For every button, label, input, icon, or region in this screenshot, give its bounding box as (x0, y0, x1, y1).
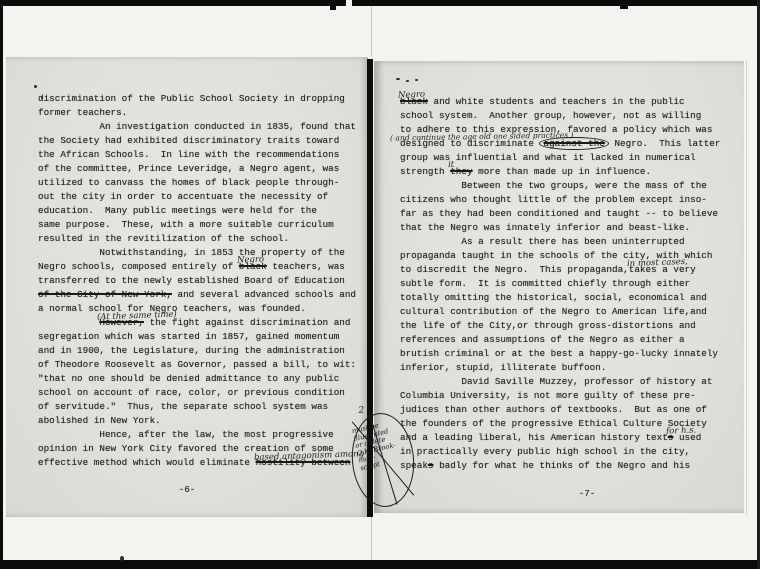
handwritten-correction: based antagonism among (253, 450, 363, 462)
border-ink-mark (620, 6, 628, 9)
typed-text: cultural contribution of the Negro to Am… (400, 306, 707, 317)
typed-line: former teachers. (38, 106, 362, 120)
handwritten-correction: Negro (398, 91, 425, 100)
typed-line: Hence, after the law, the most progressi… (38, 428, 362, 442)
typed-text: references and assumptions of the Negro … (400, 334, 685, 345)
ink-speck (120, 556, 124, 561)
marginal-note-text: must beillustratedor deleteO.K. Brook-ma… (351, 417, 412, 473)
ink-speck (34, 85, 37, 88)
typed-text: of Theodore Roosevelt as Governor, passe… (38, 359, 356, 370)
typed-line: judices than other authors of textbooks.… (400, 403, 738, 417)
struck-text: hostility betweenbased antagonism among (256, 457, 351, 468)
typed-text: brutish criminal or at the best a happy-… (400, 348, 718, 359)
page-number-7: -7- (402, 488, 760, 499)
typed-line: speaks badly for what he thinks of the N… (400, 459, 738, 473)
struck-text: of the City of New York, (38, 289, 172, 300)
typed-text: Columbia University, is not more guilty … (400, 390, 696, 401)
typed-line: totally omitting the historical, social,… (400, 291, 738, 305)
typed-text: totally omitting the historical, social,… (400, 292, 707, 303)
typed-text: Negro schools, composed entirely of (38, 261, 239, 272)
typed-text: and a leading liberal, his American hist… (400, 432, 668, 443)
typed-line: discrimination of the Public School Soci… (38, 92, 362, 106)
typed-line: and in 1900, the Legislature, during the… (38, 344, 362, 358)
typed-text (38, 317, 99, 328)
typed-line: citizens who thought little of the probl… (400, 193, 738, 207)
typed-line: utilized to canvass the homes of black p… (38, 176, 362, 190)
typed-text: utilized to canvass the homes of black p… (38, 177, 339, 188)
typed-text: out the city in order to accentuate the … (38, 191, 328, 202)
typed-text: the African Schools. In line with the re… (38, 149, 339, 160)
typed-line: As a result there has been uninterrupted (400, 235, 738, 249)
typed-line: subtle form. It is committed chiefly thr… (400, 277, 738, 291)
typed-text: and in 1900, the Legislature, during the… (38, 345, 345, 356)
struck-text: theyit (450, 166, 472, 177)
typed-text: in practically every public high school … (400, 446, 690, 457)
typed-text: former teachers. (38, 107, 127, 118)
typed-line: transferred to the newly established Boa… (38, 274, 362, 288)
handwritten-correction: in most cases, (627, 258, 688, 268)
typed-text: abolished in New York. (38, 415, 161, 426)
typed-line: references and assumptions of the Negro … (400, 333, 738, 347)
typed-text: and white students and teachers in the p… (428, 96, 685, 107)
typed-text: more than made up in influence. (473, 166, 652, 177)
fold-crease-line-bottom (371, 517, 372, 560)
typed-line: to discredit the Negro. This propaganda,… (400, 263, 738, 277)
typed-line: that the Negro was innately inferior and… (400, 221, 738, 235)
typed-line: to adhere to this expression, favored a … (400, 123, 738, 137)
typed-text: to discredit the Negro. This propaganda, (400, 264, 629, 275)
typed-line: "that no one should be denied admittance… (38, 372, 362, 386)
typed-line: An investigation conducted in 1835, foun… (38, 120, 362, 134)
ink-speck (41, 96, 43, 99)
typed-line: of Theodore Roosevelt as Governor, passe… (38, 358, 362, 372)
typed-text: school system. Another group, however, n… (400, 110, 701, 121)
annotated-text: takes a veryin most cases, (629, 264, 696, 275)
typed-line: the African Schools. In line with the re… (38, 148, 362, 162)
typed-text: discrimination of the Public School Soci… (38, 93, 345, 104)
typed-line: out the city in order to accentuate the … (38, 190, 362, 204)
typed-text-page-6: discrimination of the Public School Soci… (38, 92, 362, 470)
typed-line: in practically every public high school … (400, 445, 738, 459)
typed-line: far as they had been conditioned and tau… (400, 207, 738, 221)
typed-text: David Saville Muzzey, professor of histo… (400, 376, 712, 387)
page-7: blackNegro and white students and teache… (374, 61, 744, 513)
typed-text-page-7: blackNegro and white students and teache… (400, 95, 738, 473)
handwritten-correction: it (448, 161, 454, 169)
typed-line: a normal school for Negro teachers, was … (38, 302, 362, 316)
struck-text: blackNegro (400, 96, 428, 107)
typed-text: "that no one should be denied admittance… (38, 373, 339, 384)
scanned-document-photo: discrimination of the Public School Soci… (0, 0, 760, 569)
typed-line: school on account of race, color, or pre… (38, 386, 362, 400)
typed-text: group was influential and what it lacked… (400, 152, 696, 163)
typed-line: brutish criminal or at the best a happy-… (400, 347, 738, 361)
typed-line: inferior, stupid, illiterate buffoon. (400, 361, 738, 375)
typed-text: strength (400, 166, 450, 177)
typed-line: However,(At the same time) the fight aga… (38, 316, 362, 330)
typed-text: An investigation conducted in 1835, foun… (38, 121, 356, 132)
struck-text: blackNegro (239, 261, 267, 272)
border-light-gap (346, 0, 352, 6)
page-6: discrimination of the Public School Soci… (6, 57, 368, 517)
typed-text: the Society had exhibited discriminatory… (38, 135, 339, 146)
typed-line: of the committee, Prince Leveridge, a Ne… (38, 162, 362, 176)
struck-text: sfor h.s. (668, 432, 674, 443)
struck-text: However,(At the same time) (99, 317, 144, 328)
typed-line: the Society had exhibited discriminatory… (38, 134, 362, 148)
typed-text: far as they had been conditioned and tau… (400, 208, 718, 219)
handwritten-correction: for h.s. (666, 426, 697, 435)
typed-text: same purpose. These, with a more suitabl… (38, 219, 334, 230)
typed-text: teachers, was (267, 261, 345, 272)
ink-speck (415, 79, 418, 81)
handwritten-correction: (At the same time) (97, 311, 177, 322)
handwritten-correction: Negro (237, 256, 264, 265)
typed-line: same purpose. These, with a more suitabl… (38, 218, 362, 232)
typed-text: of the committee, Prince Leveridge, a Ne… (38, 163, 339, 174)
typed-line: Negro schools, composed entirely of blac… (38, 260, 362, 274)
typed-line: Columbia University, is not more guilty … (400, 389, 738, 403)
photo-border-bottom (0, 560, 760, 569)
typed-line: resulted in the revitilization of the sc… (38, 232, 362, 246)
page-number-6: -6- (6, 484, 368, 495)
typed-text: education. Many public meetings were hel… (38, 205, 317, 216)
typed-line: education. Many public meetings were hel… (38, 204, 362, 218)
typed-line: strength theyit more than made up in inf… (400, 165, 738, 179)
typed-text: Notwithstanding, in 1853 the property of… (38, 247, 345, 258)
typed-text: Negro. This latter (609, 138, 721, 149)
ink-speck (396, 78, 400, 80)
typed-text: transferred to the newly established Boa… (38, 275, 345, 286)
typed-line: cultural contribution of the Negro to Am… (400, 305, 738, 319)
typed-text: Between the two groups, were the mass of… (400, 180, 707, 191)
typed-line: abolished in New York. (38, 414, 362, 428)
typed-text: the founders of the progressive Ethical … (400, 418, 707, 429)
typed-text: and several advanced schools and (172, 289, 356, 300)
border-ink-mark (330, 6, 336, 10)
typed-line: segregation which was started in 1857, g… (38, 330, 362, 344)
marginal-note-mark: 2 (358, 405, 365, 415)
typed-line: effective method which would eliminate h… (38, 456, 362, 470)
typed-line: of the City of New York, and several adv… (38, 288, 362, 302)
typed-text: Hence, after the law, the most progressi… (38, 429, 334, 440)
fold-crease-line-top (371, 6, 372, 57)
typed-line: David Saville Muzzey, professor of histo… (400, 375, 738, 389)
typed-text: school on account of race, color, or pre… (38, 387, 345, 398)
typed-text: judices than other authors of textbooks.… (400, 404, 707, 415)
typed-line: Notwithstanding, in 1853 the property of… (38, 246, 362, 260)
page-edge-line (746, 60, 747, 515)
photo-border-left (0, 0, 3, 569)
typed-text: inferior, stupid, illiterate buffoon. (400, 362, 606, 373)
ink-speck (406, 80, 409, 82)
typed-text: resulted in the revitilization of the sc… (38, 233, 289, 244)
typed-line: of servitude." Thus, the separate school… (38, 400, 362, 414)
typed-line: and a leading liberal, his American hist… (400, 431, 738, 445)
photo-border-top (0, 0, 760, 6)
typed-line: Between the two groups, were the mass of… (400, 179, 738, 193)
typed-line: the life of the City,or through gross-di… (400, 319, 738, 333)
struck-text: s (428, 460, 434, 471)
typed-text: badly for what he thinks of the Negro an… (434, 460, 691, 471)
typed-text: segregation which was started in 1857, g… (38, 331, 339, 342)
typed-text: of servitude." Thus, the separate school… (38, 401, 328, 412)
typed-line: blackNegro and white students and teache… (400, 95, 738, 109)
typed-text: effective method which would eliminate (38, 457, 256, 468)
typed-text: As a result there has been uninterrupted (400, 236, 685, 247)
typed-text: the life of the City,or through gross-di… (400, 320, 696, 331)
typed-line: school system. Another group, however, n… (400, 109, 738, 123)
typed-text: that the Negro was innately inferior and… (400, 222, 690, 233)
typed-text: citizens who thought little of the probl… (400, 194, 707, 205)
typed-text: subtle form. It is committed chiefly thr… (400, 278, 690, 289)
